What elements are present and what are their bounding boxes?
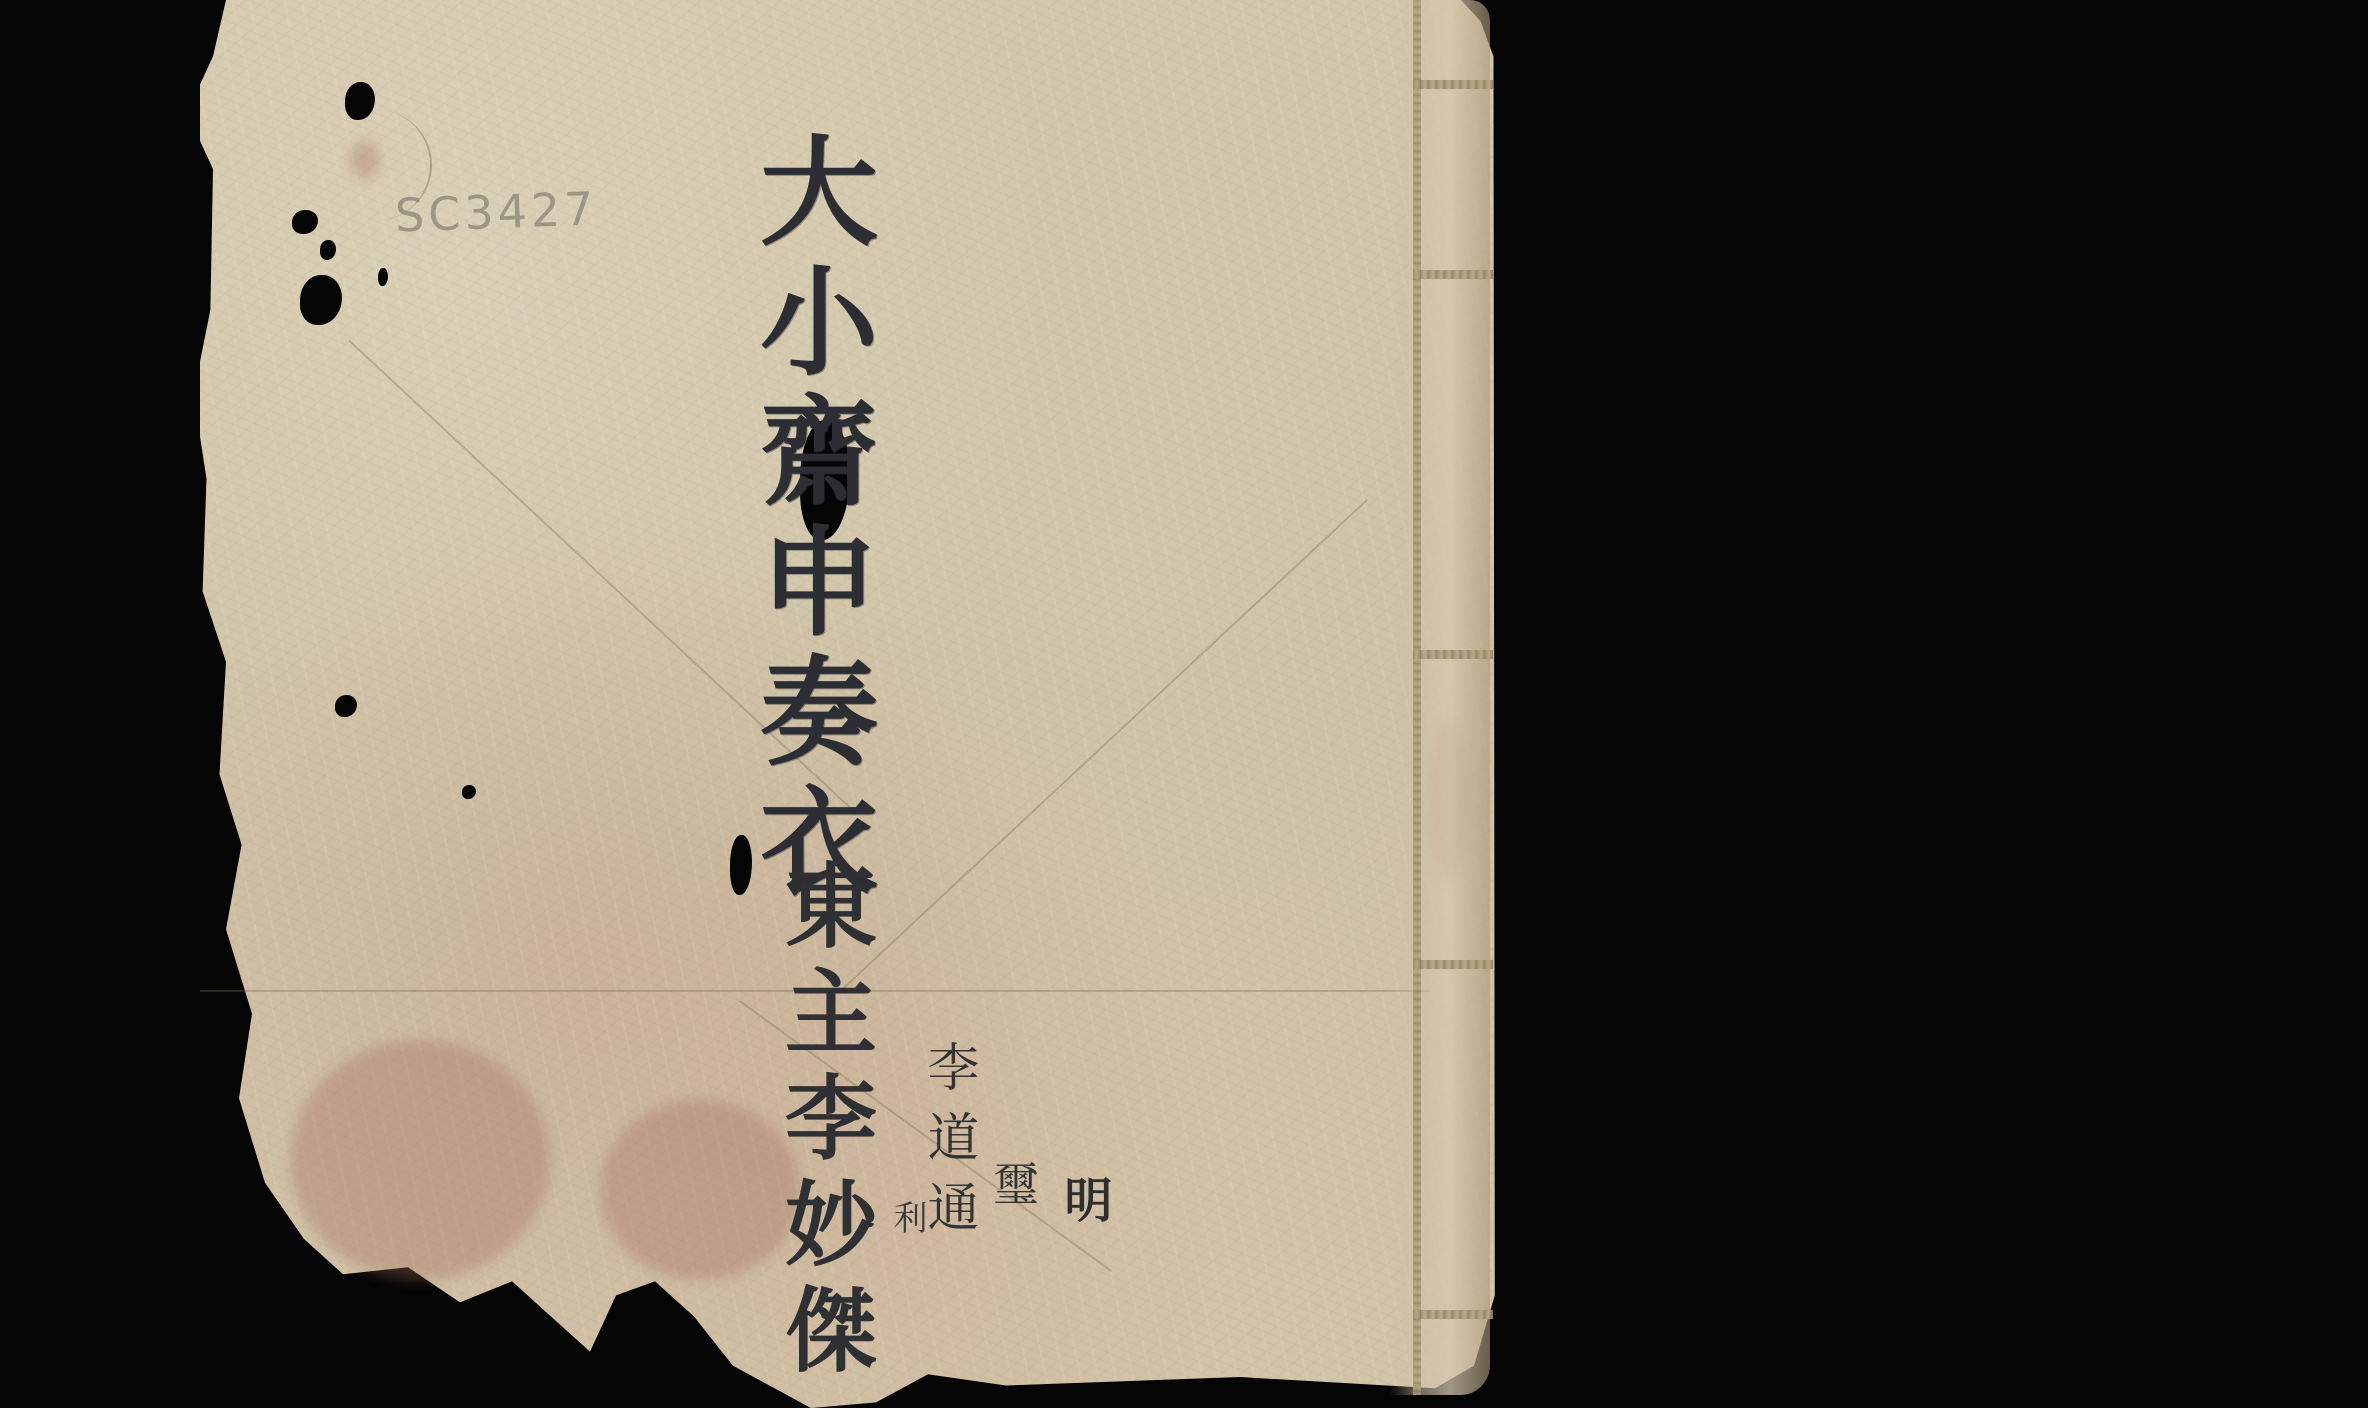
seal-character-left: 璽	[990, 1160, 1036, 1206]
secondary-name-calligraphy: 李道通	[922, 1040, 974, 1250]
seal-character-right: 明	[1060, 1175, 1108, 1223]
binding-stitch	[1413, 960, 1493, 969]
manuscript-booklet: SC3427 大小齋申奏衣 東主李妙傑 李道通 利 璽 明	[200, 0, 1500, 1408]
binding-thread	[1413, 0, 1421, 1395]
secondary-small-mark: 利	[890, 1200, 924, 1234]
binding-stitch	[1413, 1310, 1493, 1319]
title-calligraphy: 大小齋申奏衣	[750, 130, 868, 910]
binding-stitch	[1413, 650, 1493, 659]
binding-spine	[1390, 0, 1490, 1395]
binding-stitch	[1413, 270, 1493, 279]
binding-stitch	[1413, 80, 1493, 89]
pencil-catalog-number: SC3427	[394, 181, 598, 242]
photo-stage: SC3427 大小齋申奏衣 東主李妙傑 李道通 利 璽 明	[0, 0, 2368, 1408]
owner-calligraphy: 東主李妙傑	[778, 858, 870, 1388]
stain	[290, 1040, 550, 1280]
